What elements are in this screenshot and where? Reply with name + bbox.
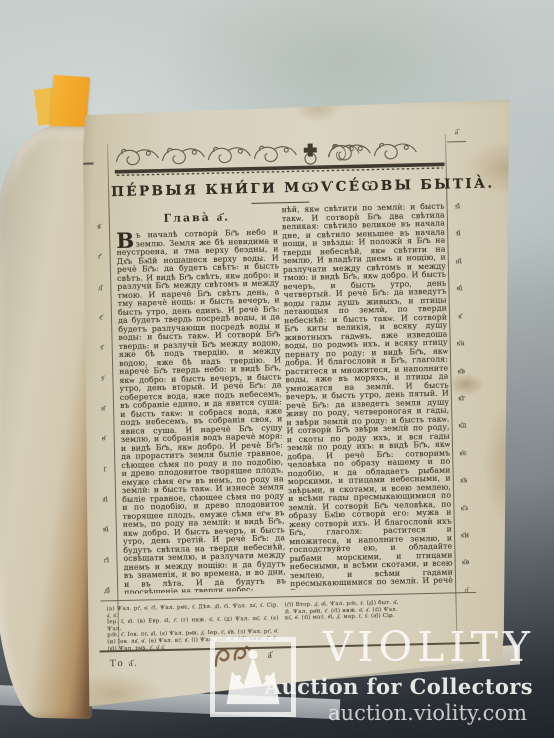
- verse-number: и҃: [101, 404, 105, 412]
- page-title: ПЕ́РВЫЯ КНИ́ГИ МѠѴСЕ́ѠВЫ БЫТІА̀.: [111, 176, 447, 200]
- title-rule: [251, 202, 309, 205]
- verse-number: з҃: [101, 374, 104, 382]
- verse-number: г҃і: [104, 556, 109, 564]
- verse-number: к҃г: [458, 394, 465, 402]
- verse-number: в҃і: [103, 526, 109, 534]
- verse-number: ѳ҃: [102, 435, 106, 443]
- chapter-heading: Глава̀ а҃.: [116, 209, 278, 226]
- margin-dash: [82, 163, 93, 165]
- verse-number: є҃: [99, 313, 102, 321]
- headpiece-ornament: [114, 139, 445, 178]
- verse-number: к҃ѳ: [462, 559, 469, 567]
- sticky-bookmark-tab-front: [50, 75, 90, 133]
- drop-cap: В: [116, 232, 136, 249]
- footnotes-right: (г҃і) Втор. д҃, ѳ҃і. Ѱал. рл҃є, з҃. (д҃і…: [285, 598, 455, 622]
- book-page: а҃ ПЕ́РВЫЯ КНИ́ГИ М: [70, 94, 520, 712]
- verse-number: к҃в: [458, 367, 466, 375]
- verse-number: д҃і: [104, 586, 110, 594]
- verse-number: к҃є: [459, 449, 467, 457]
- signature-mark: То а҃.: [110, 658, 139, 670]
- verse-number: г҃: [98, 253, 101, 261]
- verse-number: д҃: [98, 283, 102, 291]
- text-column-right: нѣй, якѡ свѣтити по землѝ: и бысть такѡ.…: [282, 203, 454, 591]
- verse-number: к҃: [458, 312, 462, 320]
- verse-number: в҃: [97, 222, 100, 230]
- verse-number: ѳ҃і: [456, 284, 462, 292]
- verse-numbers-right: ѕ҃із҃іи҃іѳ҃ік҃к҃ак҃вк҃гк҃дк҃єк҃ѕк҃зк҃ик҃…: [448, 202, 475, 594]
- watermark-tagline: Auction for Collectors: [265, 675, 533, 699]
- watermark-brand: VIOLITY: [323, 624, 535, 670]
- verse-number: и҃і: [456, 257, 462, 265]
- verse-number: ѕ҃і: [455, 202, 460, 210]
- verse-number: к҃з: [461, 504, 468, 512]
- verse-number: а҃і: [102, 495, 108, 503]
- folio-number: а҃: [447, 124, 466, 142]
- verse-number: з҃і: [456, 230, 461, 238]
- verse-number: і҃: [103, 465, 105, 473]
- auction-photo-old-bible-page: а҃ ПЕ́РВЫЯ КНИ́ГИ М: [0, 0, 554, 738]
- watermark-url: auction.violity.com: [328, 701, 527, 725]
- verse-number: к҃и: [461, 531, 469, 539]
- verse-number: ѕ҃: [100, 344, 103, 352]
- verse-number: к҃д: [459, 421, 467, 429]
- text-column-left: Въ началѣ сотворѝ Бг҃ъ небо и землю. Зем…: [116, 228, 286, 594]
- verse-number: к҃ѕ: [460, 476, 467, 484]
- verse-number: к҃а: [457, 339, 465, 347]
- scripture-text-left: ъ началѣ сотворѝ Бг҃ъ небо и землю. Земл…: [116, 228, 286, 594]
